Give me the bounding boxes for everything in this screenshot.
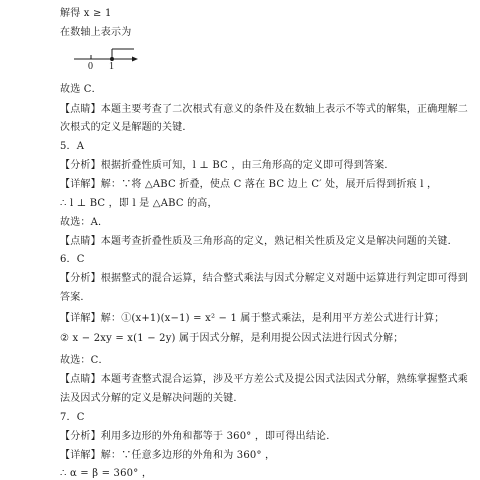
q4-answer-line: 故选 C． <box>60 84 102 96</box>
q7-heading: 7．C <box>60 412 85 424</box>
solve-result-line: 解得 x ≥ 1 <box>60 8 112 20</box>
q6-comment-line-2: 法及因式分解的定义是解决问题的关键． <box>60 393 244 405</box>
number-line-label-1: 1 <box>109 61 114 73</box>
q6-heading: 6．C <box>60 254 85 266</box>
q6-detail-line-2: ② x − 2xy = x(1 − 2y) 属于因式分解，是利用提公因式法进行因… <box>60 333 403 345</box>
q7-detail-line-2: ∴ α = β = 360° ， <box>60 468 152 480</box>
number-line-icon <box>70 44 142 74</box>
q7-analysis-line: 【分析】利用多边形的外角和都等于 360° ，即可得出结论． <box>60 431 336 443</box>
q5-detail-line-1: 【详解】解：∵将 △ABC 折叠，使点 C 落在 BC 边上 C′ 处，展开后得… <box>60 179 437 191</box>
q5-heading: 5．A <box>60 141 84 153</box>
numberline-intro-line: 在数轴上表示为 <box>60 27 131 39</box>
q5-detail-line-2: ∴ l ⊥ BC ，即 l 是 △ABC 的高， <box>60 198 218 210</box>
number-line-label-0: 0 <box>88 61 93 73</box>
document-page: 解得 x ≥ 1 在数轴上表示为 0 1 故选 C． 【点睛】本题主要考查了二次… <box>0 0 480 480</box>
q6-analysis-line-1: 【分析】根据整式的混合运算，结合整式乘法与因式分解定义对题中运算进行判定即可得到 <box>60 273 468 285</box>
q6-answer-line: 故选：C． <box>60 355 109 367</box>
q7-detail-line-1: 【详解】解：∵任意多边形的外角和为 360° ， <box>60 450 275 462</box>
q5-analysis-line: 【分析】根据折叠性质可知，l ⊥ BC ，由三角形高的定义即可得到答案． <box>60 160 395 172</box>
number-line-diagram: 0 1 <box>70 44 142 74</box>
q6-detail-line-1: 【详解】解：①(x+1)(x−1) = x² − 1 属于整式乘法，是利用平方差… <box>60 313 444 325</box>
q5-answer-line: 故选：A． <box>60 217 108 229</box>
q6-comment-line-1: 【点睛】本题考查整式混合运算，涉及平方差公式及提公因式法因式分解，熟练掌握整式乘 <box>60 374 468 386</box>
q5-comment-line: 【点睛】本题考查折叠性质及三角形高的定义，熟记相关性质及定义是解决问题的关键． <box>60 236 458 248</box>
q4-comment-line-2: 次根式的定义是解题的关键． <box>60 122 193 134</box>
q4-comment-line-1: 【点睛】本题主要考查了二次根式有意义的条件及在数轴上表示不等式的解集，正确理解二 <box>60 104 468 116</box>
q6-analysis-line-2: 答案． <box>60 292 91 304</box>
